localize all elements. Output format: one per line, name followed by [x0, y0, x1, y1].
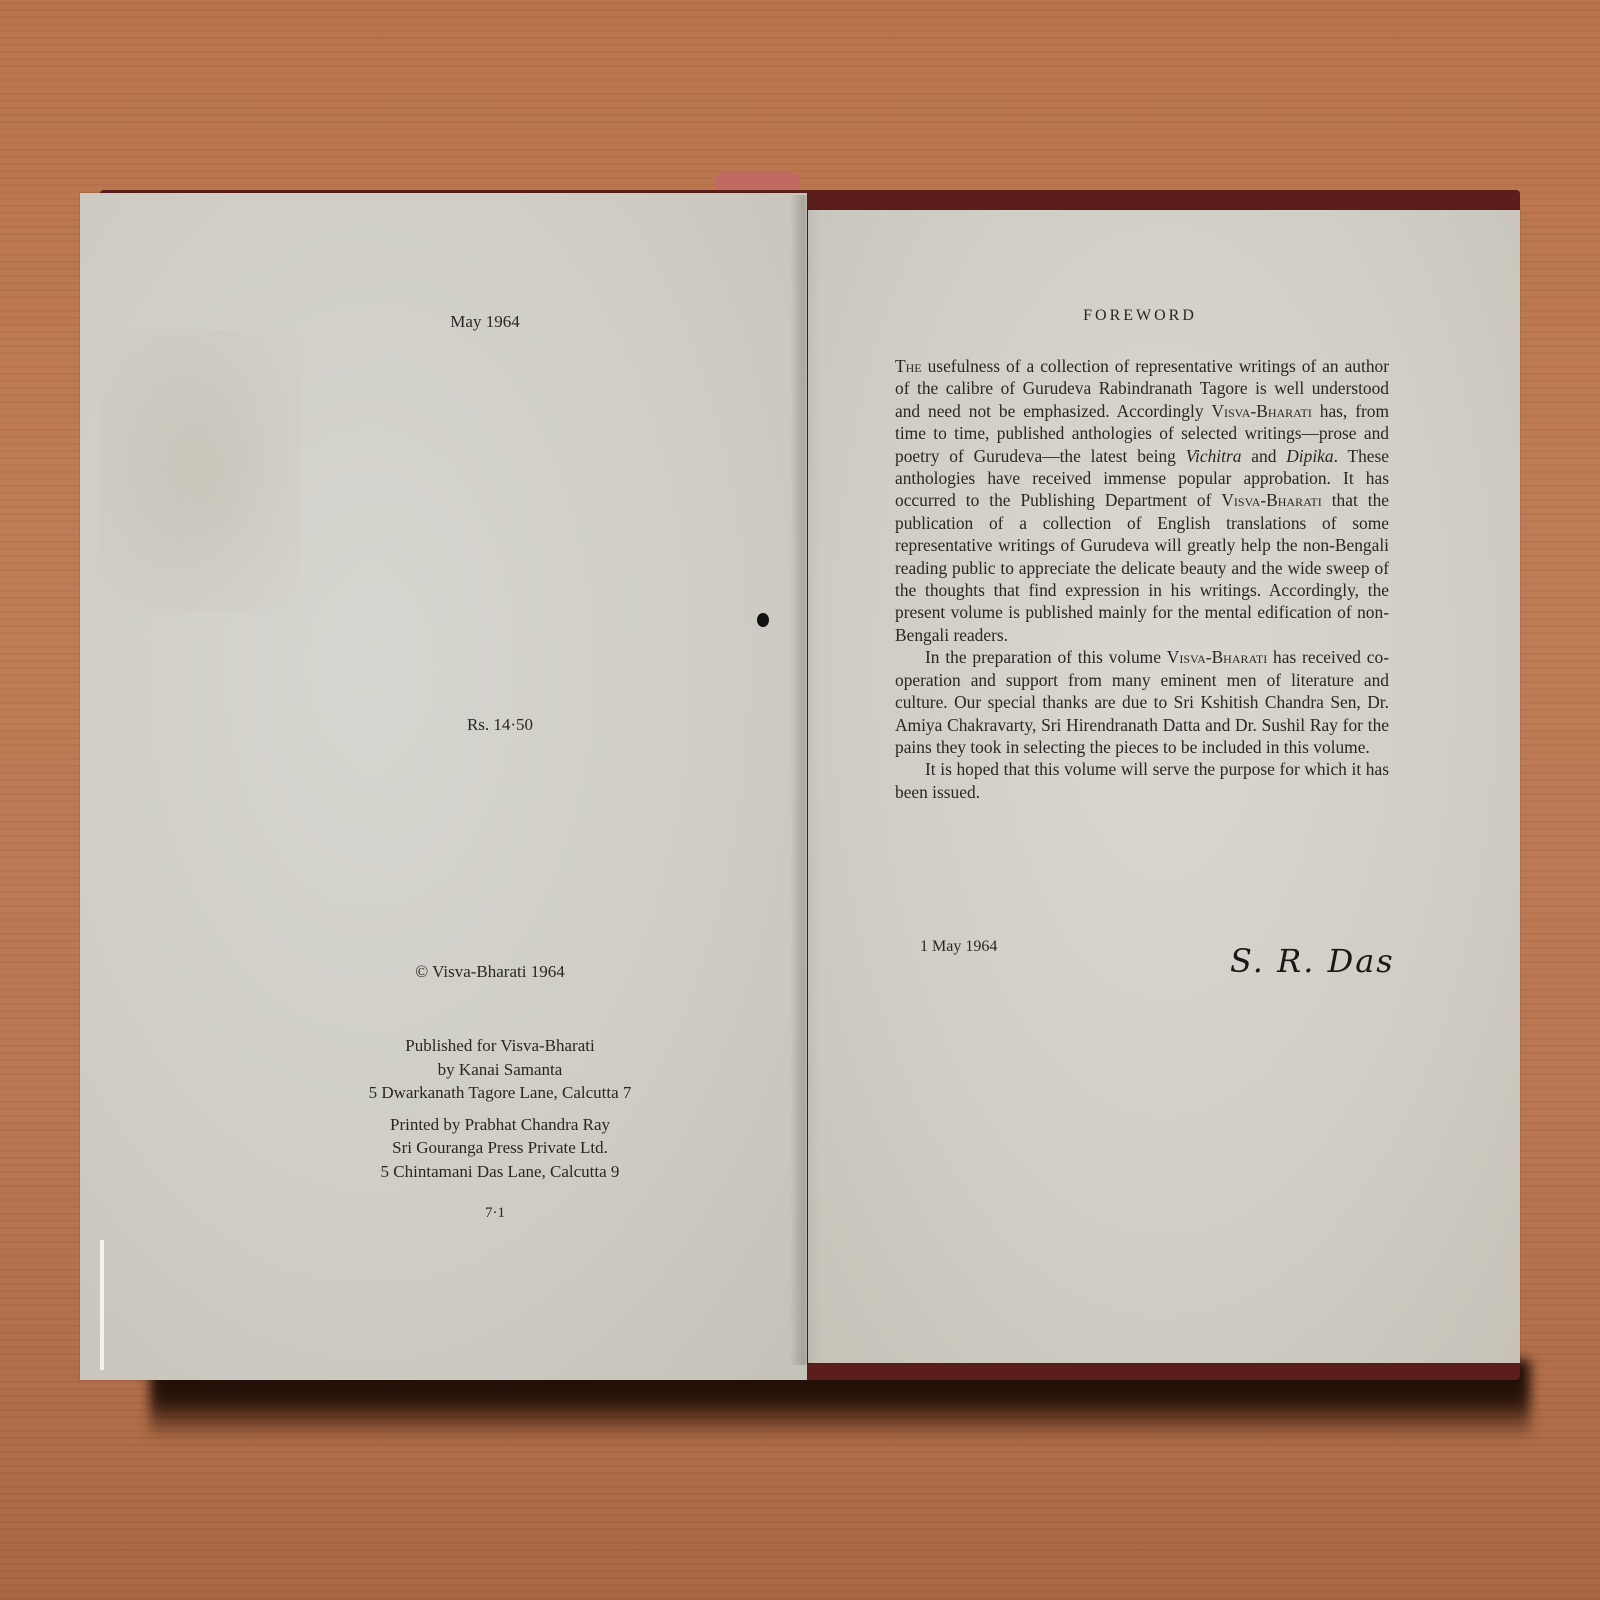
page-stain	[100, 330, 300, 610]
page-edge-strip	[100, 1240, 104, 1370]
foreword-date: 1 May 1964	[920, 938, 997, 956]
foreword-paragraph-2: In the preparation of this volume Visva-…	[895, 646, 1389, 758]
publisher-line: Published for Visva-Bharati	[330, 1034, 670, 1058]
publisher-block: Published for Visva-Bharati by Kanai Sam…	[330, 1034, 670, 1183]
book-spine-headband	[715, 172, 800, 190]
ink-blot-mark	[757, 613, 769, 627]
foreword-heading: FOREWORD	[1000, 307, 1280, 325]
foreword-paragraph-3: It is hoped that this volume will serve …	[895, 758, 1389, 803]
imprint-date: May 1964	[430, 310, 540, 333]
printer-line: 5 Chintamani Das Lane, Calcutta 9	[330, 1160, 670, 1184]
book-gutter	[790, 195, 820, 1365]
printer-line: Printed by Prabhat Chandra Ray	[330, 1113, 670, 1137]
printer-line: Sri Gouranga Press Private Ltd.	[330, 1136, 670, 1160]
publisher-line: 5 Dwarkanath Tagore Lane, Calcutta 7	[330, 1081, 670, 1105]
signature: S. R. Das	[1230, 942, 1395, 980]
price-label: Rs. 14·50	[450, 713, 550, 736]
publisher-line: by Kanai Samanta	[330, 1058, 670, 1082]
copyright-notice: © Visva-Bharati 1964	[395, 960, 585, 983]
foreword-body: The usefulness of a collection of repres…	[895, 355, 1389, 803]
foreword-paragraph-1: The usefulness of a collection of repres…	[895, 355, 1389, 646]
print-code: 7·1	[470, 1202, 520, 1225]
